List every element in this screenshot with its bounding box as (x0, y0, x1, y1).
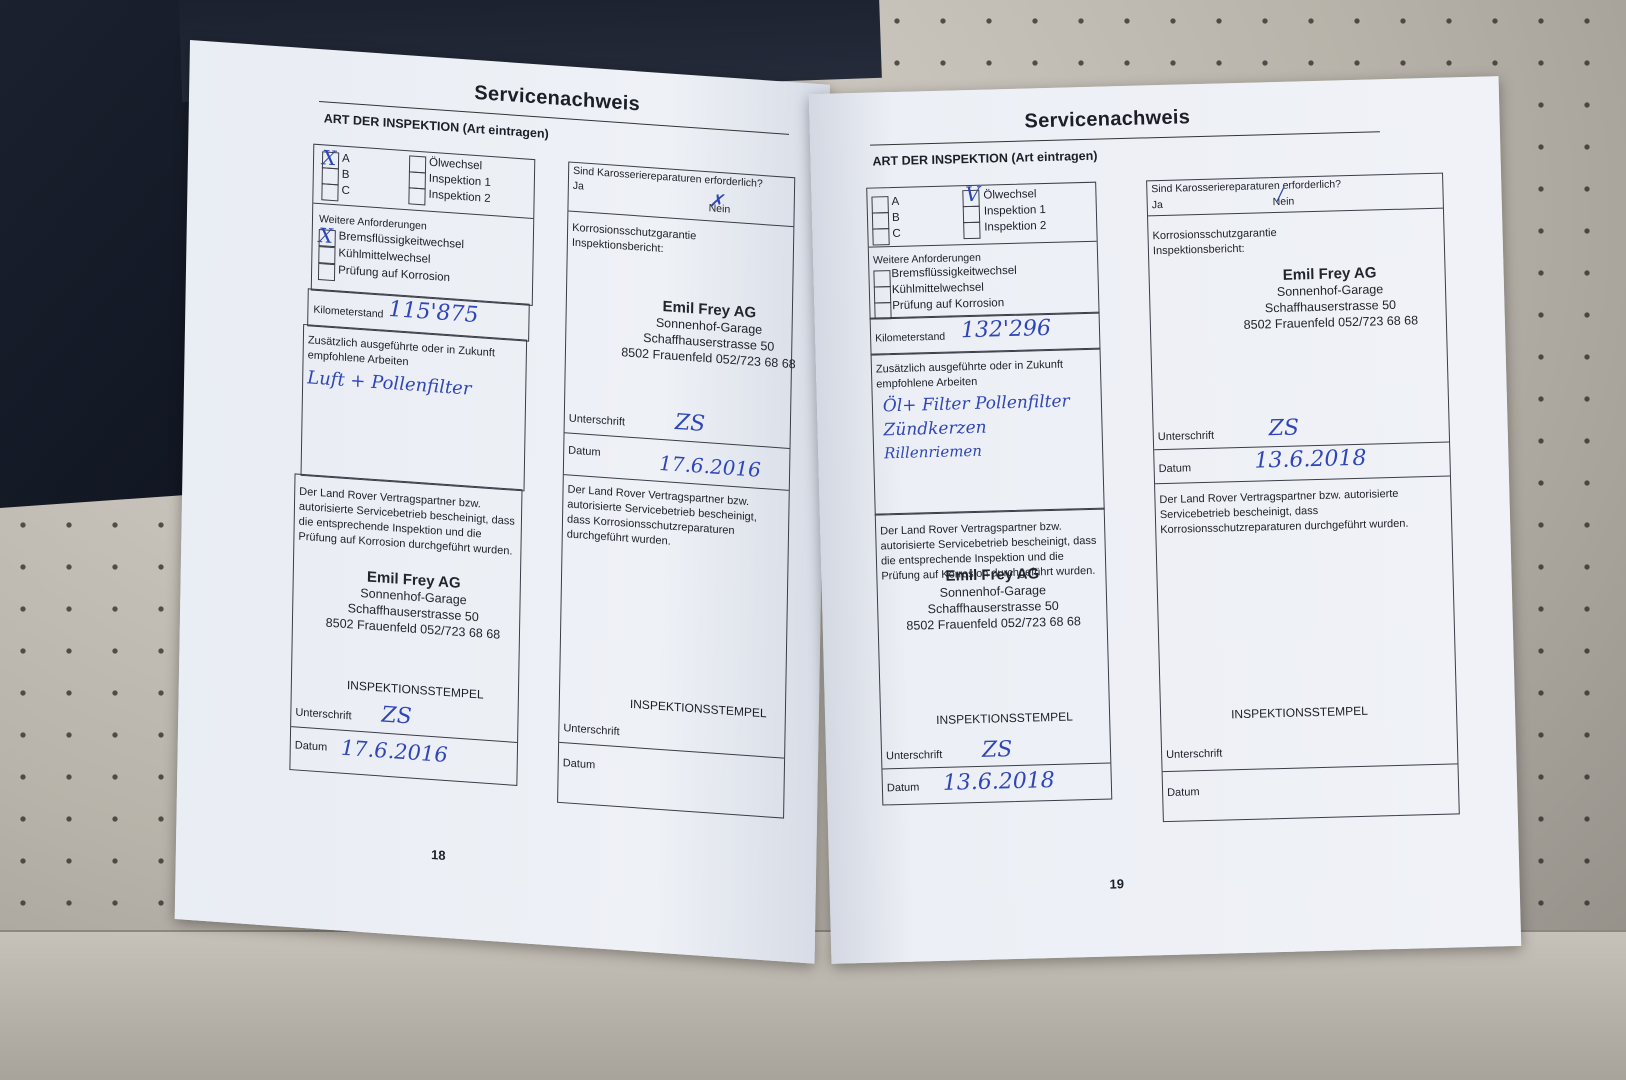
extra-work-line: Öl+ Filter Pollenfilter (883, 391, 1070, 416)
stamp-label: INSPEKTIONSSTEMPEL (630, 697, 767, 721)
label-oelwechsel: Ölwechsel (983, 188, 1036, 201)
dealer-stamp: Emil Frey AG Sonnenhof-Garage Schaffhaus… (887, 565, 1099, 634)
service-booklet: Servicenachweis ART DER INSPEKTION (Art … (180, 40, 1530, 950)
label-coolant: Kühlmittelwechsel (338, 247, 430, 265)
date-label: Datum (1159, 462, 1192, 475)
date-value: 17.6.2016 (341, 736, 448, 767)
extra-work-line: Rillenriemen (884, 442, 982, 463)
label-b: B (892, 212, 900, 224)
label-coolant: Kühlmittelwechsel (892, 282, 984, 296)
page-19: Servicenachweis ART DER INSPEKTION (Art … (809, 76, 1522, 964)
extra-work-line: Zündkerzen (883, 418, 987, 441)
date-label: Datum (563, 757, 596, 771)
further-label: Weitere Anforderungen (873, 252, 981, 267)
signature-label: Unterschrift (1158, 430, 1215, 443)
date-label: Datum (887, 782, 920, 795)
signature-value: ZS (381, 702, 412, 729)
label-corrosion: Prüfung auf Korrosion (892, 297, 1004, 312)
stamp-label: INSPEKTIONSSTEMPEL (347, 678, 484, 702)
km-label: Kilometerstand (313, 304, 383, 321)
date-value: 13.6.2018 (942, 768, 1055, 796)
checkbox-b[interactable] (872, 212, 889, 229)
date-value: 13.6.2018 (1254, 446, 1367, 474)
certification-text: Der Land Rover Vertragspartner bzw. auto… (1159, 486, 1445, 538)
label-c: C (341, 185, 350, 198)
label-inspektion-1: Inspektion 1 (984, 204, 1046, 218)
section-label: ART DER INSPEKTION (Art eintragen) (324, 111, 549, 141)
checkbox-coolant[interactable] (318, 246, 335, 264)
signature-value: ZS (675, 410, 706, 437)
body-repair-box: Sind Karosseriereparaturen erforderlich?… (1146, 173, 1460, 823)
signature-label: Unterschrift (886, 749, 943, 762)
check-mark: V (965, 182, 980, 206)
inspection-type-box: A B C V Ölwechsel Inspektion 1 Inspektio… (866, 182, 1099, 320)
label-inspektion-2: Inspektion 2 (984, 220, 1046, 234)
km-label: Kilometerstand (875, 331, 945, 345)
dealer-stamp: Emil Frey AG Sonnenhof-Garage Schaffhaus… (616, 296, 802, 373)
label-oelwechsel: Ölwechsel (429, 157, 482, 173)
extra-work-label: Zusätzlich ausgeführte oder in Zukunft e… (876, 357, 1092, 393)
check-mark: / (1277, 184, 1284, 205)
page-18: Servicenachweis ART DER INSPEKTION (Art … (175, 40, 830, 964)
date-label: Datum (568, 444, 601, 458)
extra-work-box: Zusätzlich ausgeführte oder in Zukunft e… (301, 324, 528, 491)
dealer-stamp: Emil Frey AG Sonnenhof-Garage Schaffhaus… (313, 566, 514, 644)
label-brake-fluid: Bremsflüssigkeitwechsel (891, 265, 1017, 280)
date-label: Datum (1167, 786, 1200, 799)
checkbox-inspektion-2[interactable] (963, 222, 980, 239)
corrosion-label: Korrosionsschutzgarantie Inspektionsberi… (572, 221, 742, 263)
corrosion-label: Korrosionsschutzgarantie Inspektionsberi… (1152, 224, 1353, 259)
checkbox-c[interactable] (321, 183, 338, 201)
certification-box: Der Land Rover Vertragspartner bzw. auto… (289, 473, 522, 786)
page-title: Servicenachweis (474, 82, 640, 117)
date-label: Datum (295, 739, 328, 753)
certification-box: Der Land Rover Vertragspartner bzw. auto… (875, 508, 1113, 806)
signature-value: ZS (982, 737, 1013, 763)
yes-label: Ja (573, 180, 584, 193)
signature-label: Unterschrift (569, 413, 625, 429)
label-c: C (892, 228, 901, 240)
body-repair-question: Sind Karosseriereparaturen erforderlich? (1151, 178, 1341, 195)
dealer-stamp: Emil Frey AG Sonnenhof-Garage Schaffhaus… (1209, 263, 1451, 333)
body-repair-box: Sind Karosseriereparaturen erforderlich?… (557, 161, 795, 818)
label-corrosion: Prüfung auf Korrosion (338, 264, 450, 284)
checkbox-c[interactable] (872, 228, 889, 245)
signature-label: Unterschrift (1166, 748, 1223, 761)
stamp-label: INSPEKTIONSSTEMPEL (936, 709, 1073, 727)
checkbox-inspektion-2[interactable] (408, 187, 425, 205)
certification-text: Der Land Rover Vertragspartner bzw. auto… (298, 485, 519, 560)
yes-label: Ja (1152, 199, 1163, 211)
date-value: 17.6.2016 (659, 451, 761, 482)
extra-work-box: Zusätzlich ausgeführte oder in Zukunft e… (871, 348, 1105, 516)
label-inspektion-1: Inspektion 1 (429, 173, 491, 189)
section-label: ART DER INSPEKTION (Art eintragen) (872, 149, 1097, 169)
checkbox-coolant[interactable] (874, 286, 891, 303)
page-title: Servicenachweis (1024, 106, 1190, 133)
label-a: A (342, 153, 350, 166)
check-mark: X (319, 223, 334, 248)
stamp-label: INSPEKTIONSSTEMPEL (1231, 704, 1368, 722)
body-repair-question: Sind Karosseriereparaturen erforderlich? (573, 165, 763, 190)
label-inspektion-2: Inspektion 2 (428, 189, 490, 205)
checkbox-corrosion[interactable] (318, 263, 335, 281)
km-value: 132'296 (961, 316, 1052, 343)
label-a: A (891, 196, 899, 208)
signature-label: Unterschrift (295, 706, 351, 722)
checkbox-brake-fluid[interactable] (873, 270, 890, 287)
page-number: 18 (431, 847, 446, 863)
check-mark: ✗ (709, 190, 724, 212)
signature-value: ZS (1268, 415, 1299, 441)
inspection-type-box: X A B C Ölwechsel Inspektion 1 Inspektio… (311, 144, 536, 306)
certification-text: Der Land Rover Vertragspartner bzw. auto… (567, 482, 783, 557)
label-b: B (342, 169, 350, 182)
checkbox-inspektion-1[interactable] (963, 206, 980, 223)
page-number: 19 (1109, 876, 1124, 891)
signature-label: Unterschrift (563, 722, 619, 738)
km-value: 115'875 (388, 297, 478, 328)
checkbox-a[interactable] (871, 196, 888, 213)
